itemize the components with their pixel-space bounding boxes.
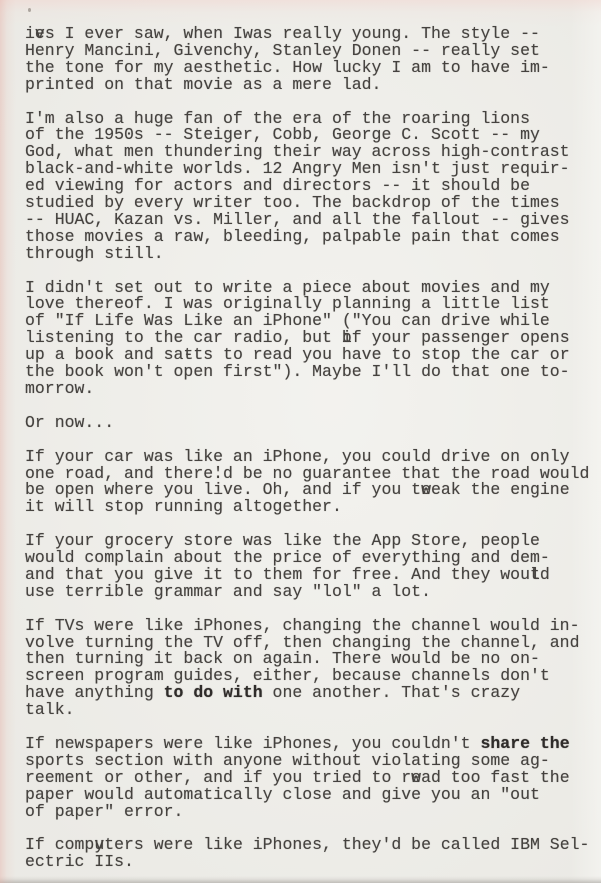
overstruck-character: '. — [213, 466, 223, 483]
text-run: I'm also a huge fan of the era of the ro… — [25, 109, 570, 263]
paragraph: If newspapers were like iPhones, you cou… — [25, 736, 587, 821]
ink-speck — [28, 8, 31, 12]
text-run: ters were like iPhones, they'd be called… — [25, 835, 589, 871]
overstruck-character: uy — [94, 837, 104, 854]
paragraph: If your grocery store was like the App S… — [25, 533, 587, 601]
paragraph: If your car was like an iPhone, you coul… — [25, 449, 587, 517]
page-text: ievs I ever saw, when Iwas really young.… — [25, 26, 587, 883]
paragraph: If compuyters were like iPhones, they'd … — [25, 837, 587, 871]
paragraph: Or now... — [25, 415, 587, 432]
paragraph: I didn't set out to write a piece about … — [25, 280, 587, 398]
overstruck-character: ib — [342, 330, 352, 347]
double-struck-text: to do with — [164, 683, 263, 702]
text-run: If your grocery store was like the App S… — [25, 531, 550, 584]
overstruck-character: t- — [183, 347, 193, 364]
paragraph: ievs I ever saw, when Iwas really young.… — [25, 26, 587, 94]
paragraph: I'm also a huge fan of the era of the ro… — [25, 111, 587, 263]
overstruck-character: lt — [530, 567, 540, 584]
overstruck-character: ev — [35, 26, 45, 43]
scanned-typewritten-page: { "page": { "paper_color": "#efeee9", "i… — [0, 0, 601, 883]
text-run: Or now... — [25, 413, 114, 432]
overstruck-character: ew — [411, 770, 421, 787]
overstruck-character: we — [421, 482, 431, 499]
text-run: s I ever saw, when Iwas really young. Th… — [25, 24, 550, 94]
paragraph: If TVs were like iPhones, changing the c… — [25, 618, 587, 719]
